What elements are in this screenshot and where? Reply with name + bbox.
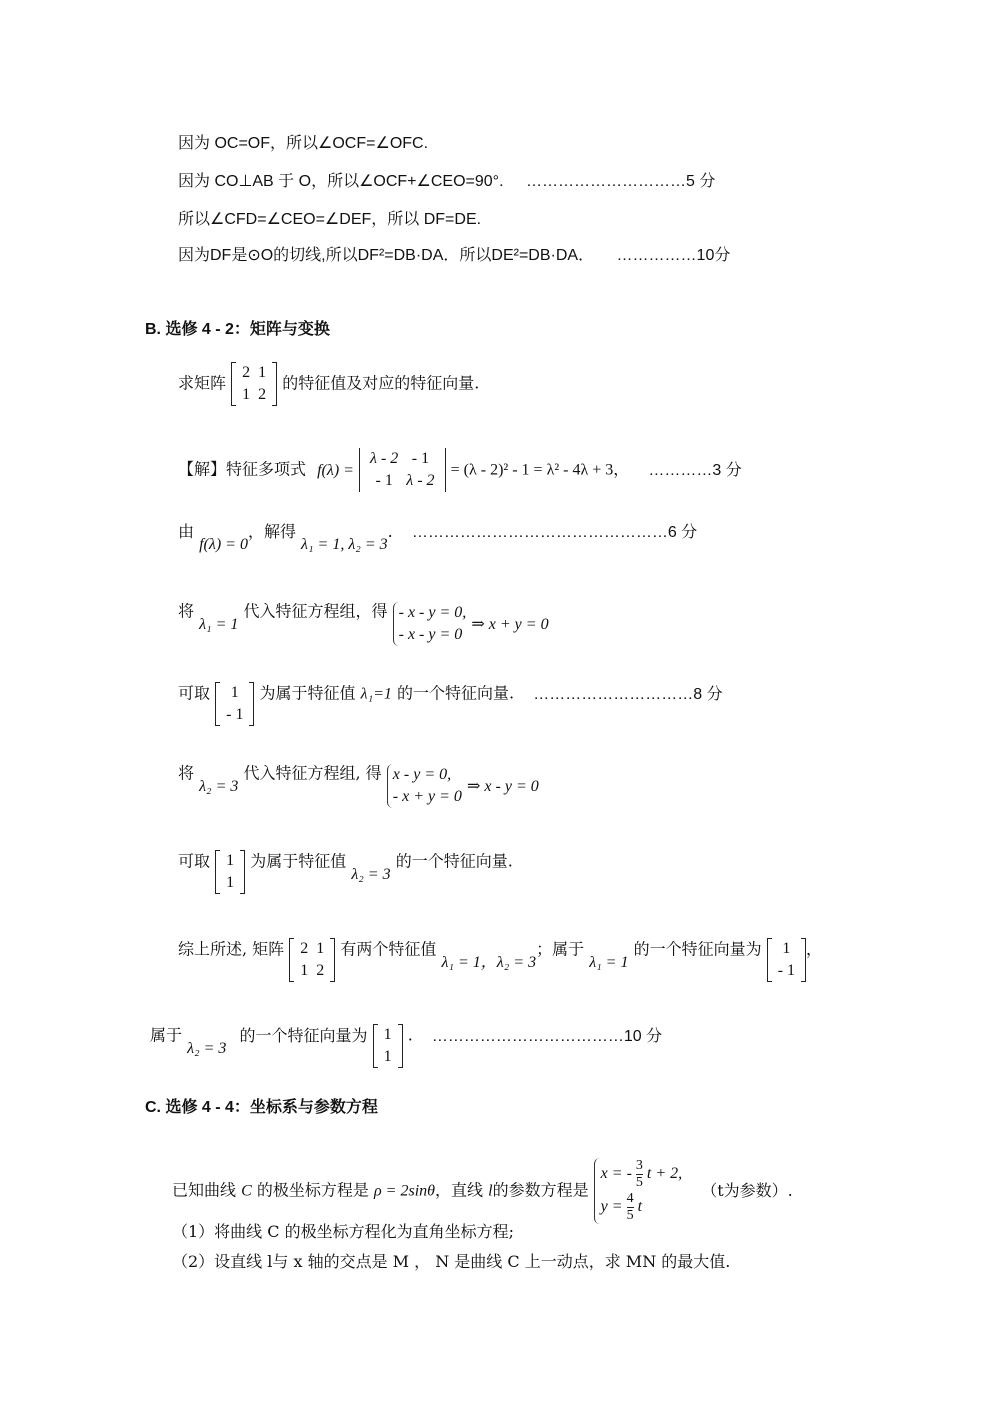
text: 代入特征方程组, 得 — [244, 764, 382, 783]
text: 由 — [178, 522, 194, 541]
curve-name: C — [241, 1183, 252, 1200]
text: 有两个特征值 — [340, 940, 436, 959]
matrix-a: 21 12 — [231, 362, 277, 406]
text: 可取 — [178, 852, 210, 871]
lambda-value: λ₂ = 3 — [187, 1040, 226, 1057]
text: 可取 — [178, 684, 210, 703]
text: ，直线 — [435, 1181, 483, 1200]
proof-line-2: 因为 CO⊥AB 于 O，所以∠OCF+∠CEO=90°. …………………………… — [178, 172, 715, 192]
section-c-problem: 已知曲线 C 的极坐标方程是 ρ = 2sinθ，直线 l的参数方程是 x = … — [172, 1158, 793, 1224]
question-1: （1）将曲线 C 的极坐标方程化为直角坐标方程; — [172, 1222, 514, 1242]
solution-roots: 由 f(λ) = 0，解得 λ₁ = 1, λ₂ = 3. …………………………… — [178, 522, 697, 543]
eigenvector-1: 1- 1 — [215, 682, 254, 726]
problem-text: 求矩阵 — [178, 374, 226, 393]
score-mark: …………………………………………6 分 — [412, 524, 697, 541]
score-mark: …………3 分 — [648, 462, 741, 479]
poly-rhs: = (λ - 2)² - 1 = λ² - 4λ + 3， — [451, 462, 630, 479]
eigenvalues: λ₁ = 1，λ₂ = 3 — [441, 954, 536, 971]
text: 的一个特征向量为 — [634, 940, 762, 959]
result: ⇒ x + y = 0 — [471, 616, 548, 633]
score-mark: …………………………8 分 — [533, 686, 722, 703]
polar-equation: ρ = 2sinθ — [374, 1183, 435, 1200]
eigenvector-2-summary: 11 — [373, 1024, 403, 1068]
text: 为属于特征值 — [250, 852, 346, 871]
text: 将 — [178, 764, 194, 783]
proof-line-1: 因为 OC=OF，所以∠OCF=∠OFC. — [178, 134, 428, 154]
parameter-note: （t为参数）. — [701, 1181, 793, 1200]
result: ⇒ x - y = 0 — [467, 778, 539, 795]
text: 将 — [178, 602, 194, 621]
solution-sub2: 将 λ₂ = 3 代入特征方程组, 得 x - y = 0, - x + y =… — [178, 752, 539, 796]
roots-equation: f(λ) = 0 — [199, 536, 248, 553]
eigenvector-2: 11 — [215, 850, 245, 894]
matrix-a-summary: 21 12 — [289, 938, 335, 982]
section-b-problem: 求矩阵 21 12 的特征值及对应的特征向量. — [178, 362, 479, 406]
solution-vec2: 可取 11 为属于特征值 λ₂ = 3 的一个特征向量. — [178, 840, 513, 884]
solution-vec1: 可取 1- 1 为属于特征值 λ₁=1 的一个特征向量. …………………………8… — [178, 672, 723, 716]
solution-summary: 综上所述, 矩阵 21 12 有两个特征值 λ₁ = 1，λ₂ = 3；属于 λ… — [178, 928, 822, 972]
text: 综上所述, 矩阵 — [178, 940, 284, 959]
roots-values: λ₁ = 1, λ₂ = 3 — [301, 536, 388, 553]
lambda-value: λ₁ = 1 — [589, 954, 628, 971]
proof-text: 因为 OC=OF，所以∠OCF=∠OFC. — [178, 135, 428, 152]
text: 的一个特征向量. — [396, 852, 513, 871]
lambda-value: λ₁ = 1 — [199, 616, 238, 633]
solution-label: 【解】特征多项式 — [178, 460, 306, 479]
score-mark: ………………………………10 分 — [432, 1028, 662, 1045]
text: 属于 — [150, 1026, 182, 1045]
solution-polynomial: 【解】特征多项式 f(λ) = λ - 2- 1 - 1λ - 2 = (λ -… — [178, 448, 742, 492]
lambda-value: λ₂ = 3 — [351, 866, 390, 883]
score-mark: ……………10分 — [617, 247, 731, 264]
solution-summary-2: 属于 λ₂ = 3 的一个特征向量为 11 . ………………………………10 分 — [150, 1014, 662, 1058]
solution-sub1: 将 λ₁ = 1 代入特征方程组，得 - x - y = 0, - x - y … — [178, 590, 549, 634]
proof-line-3: 所以∠CFD=∠CEO=∠DEF，所以 DF=DE. — [178, 210, 481, 230]
proof-text: 因为DF是⊙O的切线,所以DF²=DB·DA．所以DE²=DB·DA． — [178, 247, 594, 264]
text: 代入特征方程组，得 — [244, 602, 388, 621]
lambda-value: λ₁=1 — [361, 686, 392, 703]
text: ，解得 — [248, 522, 296, 541]
equation-system: x - y = 0, - x + y = 0 — [387, 764, 462, 808]
poly-lhs: f(λ) = — [317, 462, 354, 479]
text: 已知曲线 — [172, 1181, 236, 1200]
score-mark: …………………………5 分 — [526, 173, 715, 190]
determinant: λ - 2- 1 - 1λ - 2 — [359, 448, 446, 492]
question-2: （2）设直线 l与 x 轴的交点是 M ， N 是曲线 C 上一动点，求 MN … — [172, 1252, 730, 1272]
text: 为属于特征值 — [260, 684, 356, 703]
text: 的一个特征向量为 — [240, 1026, 368, 1045]
text: 的参数方程是 — [493, 1181, 589, 1200]
section-b-heading: B. 选修 4 - 2：矩阵与变换 — [145, 316, 330, 339]
section-c-heading: C. 选修 4 - 4：坐标系与参数方程 — [145, 1094, 378, 1117]
eigenvector-1-summary: 1- 1 — [767, 938, 806, 982]
proof-line-4: 因为DF是⊙O的切线,所以DF²=DB·DA．所以DE²=DB·DA． …………… — [178, 246, 730, 266]
lambda-value: λ₂ = 3 — [199, 778, 238, 795]
parametric-system: x = - 35 t + 2, y = 45 t — [594, 1158, 682, 1224]
text: 的极坐标方程是 — [257, 1181, 369, 1200]
proof-text: 因为 CO⊥AB 于 O，所以∠OCF+∠CEO=90°. — [178, 173, 504, 190]
problem-text: 的特征值及对应的特征向量. — [282, 374, 479, 393]
text: 的一个特征向量. — [397, 684, 514, 703]
equation-system: - x - y = 0, - x - y = 0 — [393, 602, 467, 646]
proof-text: 所以∠CFD=∠CEO=∠DEF，所以 DF=DE. — [178, 211, 481, 228]
